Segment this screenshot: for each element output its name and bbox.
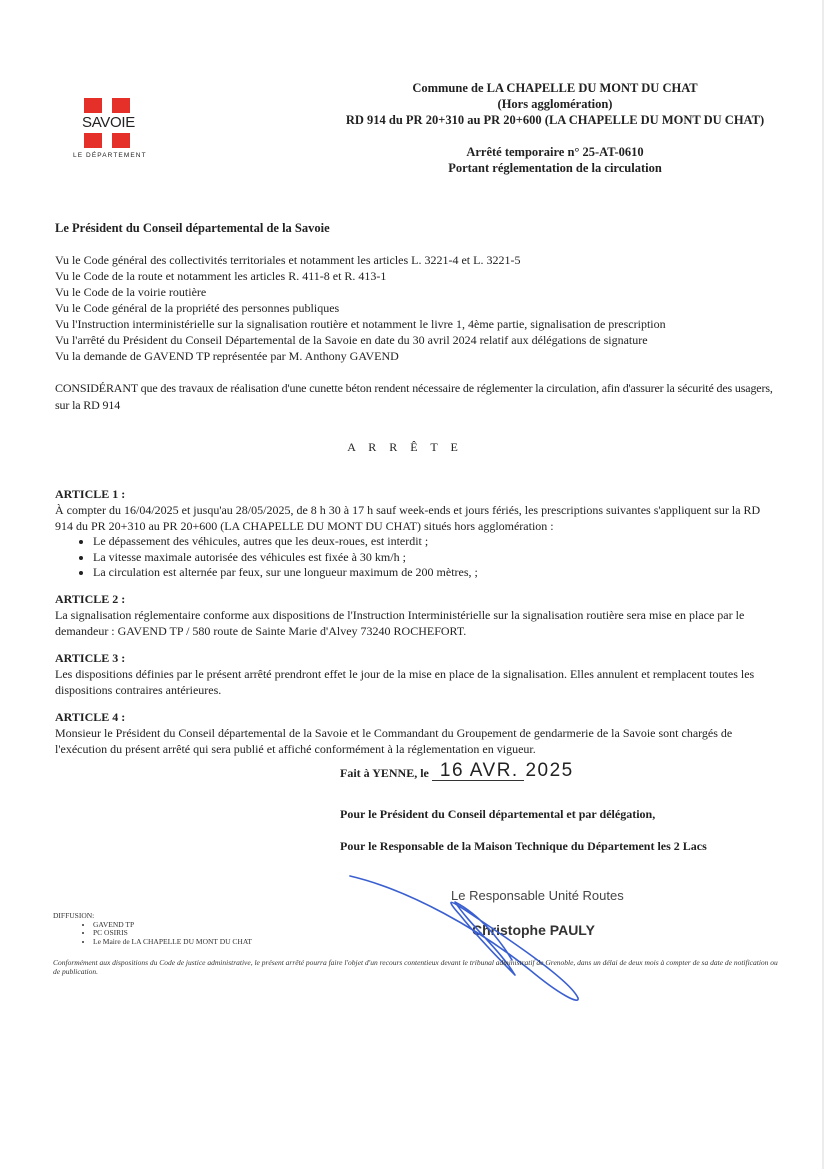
document-header: Commune de LA CHAPELLE DU MONT DU CHAT (… <box>335 80 775 176</box>
zone-label: (Hors agglomération) <box>335 96 775 112</box>
article-3: ARTICLE 3 : Les dispositions définies pa… <box>55 650 777 698</box>
diffusion-list: DIFFUSION: GAVEND TP PC OSIRIS Le Maire … <box>53 912 252 946</box>
date-stamp: 16 AVR. 2025 <box>440 760 574 782</box>
legal-notice: Conformément aux dispositions du Code de… <box>53 958 783 976</box>
article-2: ARTICLE 2 : La signalisation réglementai… <box>55 591 777 639</box>
date-line: 16 AVR. 2025 <box>432 766 524 781</box>
issuing-authority: Le Président du Conseil départemental de… <box>55 221 330 236</box>
article-4: ARTICLE 4 : Monsieur le Président du Con… <box>55 709 777 757</box>
savoie-logo: SAVOIE <box>82 98 132 156</box>
article-bullet: La vitesse maximale autorisée des véhicu… <box>93 550 777 566</box>
legal-reference: Vu la demande de GAVEND TP représentée p… <box>55 348 785 364</box>
legal-references: Vu le Code général des collectivités ter… <box>55 252 785 364</box>
legal-reference: Vu le Code de la voirie routière <box>55 284 785 300</box>
article-text: La signalisation réglementaire conforme … <box>55 607 777 639</box>
article-title: ARTICLE 3 : <box>55 650 777 666</box>
road-section: RD 914 du PR 20+310 au PR 20+600 (LA CHA… <box>335 112 775 128</box>
diffusion-recipient: Le Maire de LA CHAPELLE DU MONT DU CHAT <box>93 938 252 947</box>
arrete-heading: A R R Ê T E <box>330 440 480 455</box>
handwritten-signature-icon <box>340 870 600 1010</box>
article-text: À compter du 16/04/2025 et jusqu'au 28/0… <box>55 502 777 534</box>
fait-a-label: Fait à YENNE, le <box>340 766 429 781</box>
article-text: Monsieur le Président du Conseil départe… <box>55 725 777 757</box>
commune-title: Commune de LA CHAPELLE DU MONT DU CHAT <box>335 80 775 96</box>
delegation-line: Pour le Président du Conseil département… <box>340 807 780 822</box>
arrete-number: Arrêté temporaire n° 25-AT-0610 <box>335 144 775 160</box>
logo-red-square <box>84 133 102 148</box>
article-1: ARTICLE 1 : À compter du 16/04/2025 et j… <box>55 486 777 581</box>
legal-reference: Vu l'Instruction interministérielle sur … <box>55 316 785 332</box>
scan-edge-line <box>822 0 824 1169</box>
article-title: ARTICLE 4 : <box>55 709 777 725</box>
article-text: Les dispositions définies par le présent… <box>55 666 777 698</box>
legal-reference: Vu l'arrêté du Président du Conseil Dépa… <box>55 332 785 348</box>
considerant-paragraph: CONSIDÉRANT que des travaux de réalisati… <box>55 380 775 414</box>
logo-red-square <box>84 98 102 113</box>
article-bullet: Le dépassement des véhicules, autres que… <box>93 534 777 550</box>
legal-reference: Vu le Code de la route et notamment les … <box>55 268 785 284</box>
logo-wordmark: SAVOIE <box>82 113 132 133</box>
logo-red-square <box>112 98 130 113</box>
arrete-subject: Portant réglementation de la circulation <box>335 160 775 176</box>
place-and-date: Fait à YENNE, le 16 AVR. 2025 <box>340 766 780 781</box>
logo-subtitle: LE DÉPARTEMENT <box>73 152 153 159</box>
article-bullet: La circulation est alternée par feux, su… <box>93 565 777 581</box>
article-bullets: Le dépassement des véhicules, autres que… <box>55 534 777 581</box>
logo-red-square <box>112 133 130 148</box>
legal-reference: Vu le Code général des collectivités ter… <box>55 252 785 268</box>
article-title: ARTICLE 2 : <box>55 591 777 607</box>
responsable-line: Pour le Responsable de la Maison Techniq… <box>340 839 780 854</box>
legal-reference: Vu le Code général de la propriété des p… <box>55 300 785 316</box>
article-title: ARTICLE 1 : <box>55 486 777 502</box>
